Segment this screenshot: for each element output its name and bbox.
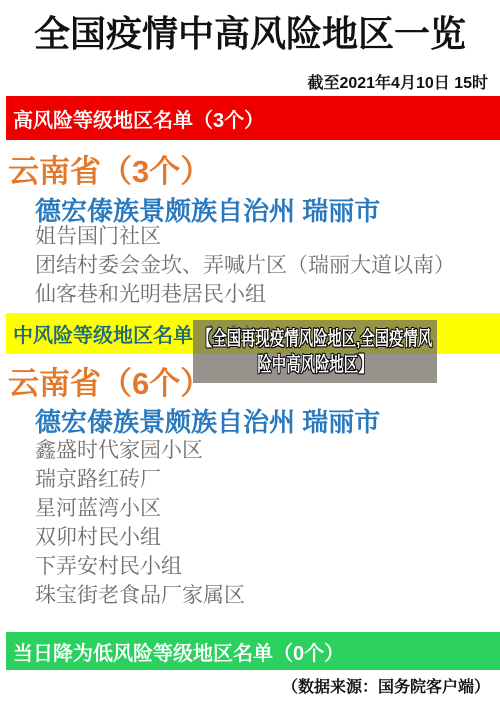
high-risk-area-list: 姐告国门社区 团结村委会金坎、弄喊片区（瑞丽大道以南） 仙客巷和光明巷居民小组 [35,222,500,309]
high-risk-province-heading: 云南省（3个） [8,146,500,191]
area-item: 姐告国门社区 [35,222,500,251]
area-item: 星河蓝湾小区 [35,494,500,523]
area-item: 鑫盛时代家园小区 [35,436,500,465]
data-source-credit: （数据来源：国务院客户端） [282,674,490,697]
area-item: 珠宝街老食品厂家属区 [35,581,500,610]
low-risk-banner: 当日降为低风险等级地区名单（0个） [6,632,500,670]
watermark-overlay: 【全国再现疫情风险地区,全国疫情风 险中高风险地区】 [193,320,437,383]
area-item: 团结村委会金坎、弄喊片区（瑞丽大道以南） [35,251,500,280]
low-risk-banner-label: 当日降为低风险等级地区名单（0个） [13,637,344,666]
watermark-line-1: 【全国再现疫情风险地区,全国疫情风 [193,326,438,352]
infographic-page: 全国疫情中高风险地区一览 截至2021年4月10日 15时 高风险等级地区名单（… [0,0,500,704]
medium-risk-city-heading: 德宏傣族景颇族自治州 瑞丽市 [35,402,500,439]
medium-risk-area-list: 鑫盛时代家园小区 瑞京路红砖厂 星河蓝湾小区 双卯村民小组 下弄安村民小组 珠宝… [35,436,500,610]
area-item: 仙客巷和光明巷居民小组 [35,280,500,309]
high-risk-banner-label: 高风险等级地区名单（3个） [13,104,264,133]
watermark-text: 【全国再现疫情风险地区,全国疫情风 险中高风险地区】 [193,326,438,378]
as-of-timestamp: 截至2021年4月10日 15时 [307,70,488,93]
area-item: 瑞京路红砖厂 [35,465,500,494]
area-item: 双卯村民小组 [35,523,500,552]
page-title: 全国疫情中高风险地区一览 [0,6,500,57]
high-risk-banner: 高风险等级地区名单（3个） [6,96,500,140]
area-item: 下弄安村民小组 [35,552,500,581]
watermark-line-2: 险中高风险地区】 [193,352,438,378]
